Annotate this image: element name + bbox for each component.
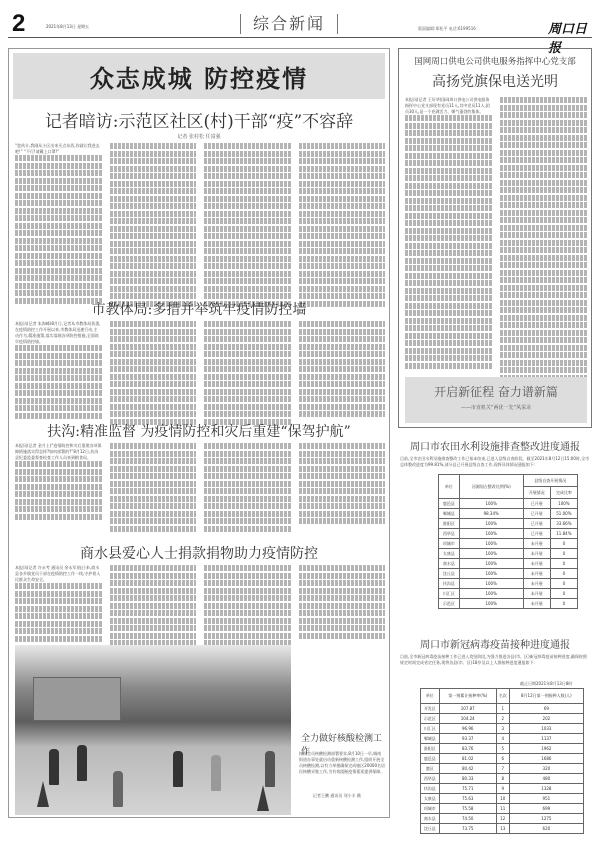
- editor-info: 版面编辑:郑松平 电话:6199516: [418, 26, 476, 32]
- table-cell: 未开展: [523, 559, 550, 569]
- table-row: 淮阳区83.7651962: [421, 744, 584, 754]
- table-cell: 鹿邑县: [439, 499, 460, 509]
- feature-lead: 本报讯(记者 王好华)国网周口供电公司供电服务指挥中心党支部现有党员11人,其中…: [405, 97, 492, 115]
- table-cell: 未开展: [523, 599, 550, 609]
- table-cell: 83.76: [439, 744, 496, 754]
- table-row: 示范区100%未开展0: [439, 599, 578, 609]
- table-cell: 951: [509, 794, 583, 804]
- column-banner-title: 开启新征程 奋力谱新篇: [405, 383, 587, 400]
- table-cell: 未开展: [523, 589, 550, 599]
- table-cell: 未开展: [523, 539, 550, 549]
- table-cell: 沈丘县: [421, 824, 440, 834]
- table-header: 完成比率: [550, 487, 577, 499]
- table-row: 项城市100%未开展0: [439, 539, 578, 549]
- table-header: 单位: [421, 689, 440, 704]
- table-row: 川汇区96.9631033: [421, 724, 584, 734]
- table-cell: 1686: [509, 754, 583, 764]
- photo-person: [173, 751, 183, 787]
- article-column: [110, 565, 197, 648]
- table-row: 淮阳区100%已开展33.66%: [439, 519, 578, 529]
- table-cell: 商水县: [421, 814, 440, 824]
- table-cell: 10: [496, 794, 509, 804]
- table-row: 沈丘县100%未开展0: [439, 569, 578, 579]
- column-banner-subtitle: ——市直机关“两优一先”风采录: [405, 404, 587, 411]
- article-lead: 本报讯(记者 金月士)“疫情防控和灾后重建各项保障措施落实得怎样?如何部署的?”…: [15, 443, 102, 461]
- article-column: 本报讯(记者 朱海峰)8月日,记者从市教体局获悉,在疫情防控工作开展以来,市教体…: [15, 321, 102, 426]
- table-row: 港区80.427320: [421, 764, 584, 774]
- table-cell: 扶沟县: [439, 579, 460, 589]
- table-cell: 1328: [509, 784, 583, 794]
- table-cell: 8: [496, 774, 509, 784]
- table-cell: 11.84%: [550, 529, 577, 539]
- notice-body: 目前,全市农田水利设施排查整改工作已基本结束,已进入县级自查阶段。截至2021年…: [400, 456, 590, 468]
- table-cell: 75.63: [439, 794, 496, 804]
- table-cell: 0: [550, 539, 577, 549]
- table-cell: 100%: [459, 549, 523, 559]
- table-cell: 80.42: [439, 764, 496, 774]
- table-header: 河湖划占整改比例(%): [459, 475, 523, 499]
- table-cell: 75.71: [439, 784, 496, 794]
- table-cell: 100%: [459, 519, 523, 529]
- column-banner: 开启新征程 奋力谱新篇 ——市直机关“两优一先”风采录: [405, 377, 587, 423]
- photo-tent: [33, 677, 121, 721]
- table-cell: 已开展: [523, 509, 550, 519]
- article-column: 本报讯(记者 金月士)“疫情防控和灾后重建各项保障措施落实得怎样?如何部署的?”…: [15, 443, 102, 533]
- feature-body: 本报讯(记者 王好华)国网周口供电公司供电服务指挥中心党支部现有党员11人,其中…: [405, 97, 587, 396]
- photo-person: [49, 749, 59, 785]
- article-headline[interactable]: 记者暗访:示范区社区(村)干部“疫”不容辞: [9, 107, 389, 132]
- article-column: [110, 443, 197, 533]
- table-cell: 2: [496, 714, 509, 724]
- photo-person: [77, 745, 87, 781]
- table-row: 商水县100%未开展0: [439, 559, 578, 569]
- news-photo: [15, 645, 291, 815]
- table-cell: 100%: [459, 559, 523, 569]
- table-cell: 0: [550, 599, 577, 609]
- table-row: 鹿邑县100%已开展100%: [439, 499, 578, 509]
- table-row: 西华县80.338480: [421, 774, 584, 784]
- table-cell: 1033: [509, 724, 583, 734]
- table-row: 鹿邑县81.0261686: [421, 754, 584, 764]
- photo-person: [211, 755, 221, 791]
- table-cell: 0: [550, 589, 577, 599]
- section-title: 综合新闻: [240, 14, 338, 34]
- table-cell: 98.34%: [459, 509, 523, 519]
- table-cell: 太康县: [421, 794, 440, 804]
- table-cell: 沈丘县: [439, 569, 460, 579]
- table-cell: 13: [496, 824, 509, 834]
- table-cell: 100%: [459, 599, 523, 609]
- table-row: 扶沟县75.7191328: [421, 784, 584, 794]
- article-column: [110, 321, 197, 426]
- article-body: 本报讯(记者 金月士)“疫情防控和灾后重建各项保障措施落实得怎样?如何部署的?”…: [15, 443, 385, 533]
- table-row: 川汇区100%未开展0: [439, 589, 578, 599]
- table-cell: 96.96: [439, 724, 496, 734]
- table-cell: 西华县: [421, 774, 440, 784]
- table-cell: 已开展: [523, 499, 550, 509]
- table-cell: 80.33: [439, 774, 496, 784]
- table-cell: 100%: [459, 589, 523, 599]
- table-cell: 104.24: [439, 714, 496, 724]
- table-cell: 已开展: [523, 519, 550, 529]
- as-of-date: 截止日期2021年8月13日8时: [520, 681, 572, 687]
- table-cell: 川汇区: [439, 589, 460, 599]
- table-header: 单位: [439, 475, 460, 499]
- table-cell: 51.00%: [550, 509, 577, 519]
- article-byline: 记者 张村松 任富强: [9, 133, 389, 140]
- notice-body: 目前,全市新冠病毒疫苗接种工作已进入攻坚阶段,为强力推进各县(市、区)新冠病毒疫…: [400, 654, 590, 666]
- table-cell: 3: [496, 724, 509, 734]
- table-cell: 未开展: [523, 569, 550, 579]
- feature-column: 本报讯(记者 王好华)国网周口供电公司供电服务指挥中心党支部现有党员11人,其中…: [405, 97, 492, 396]
- article-column: [299, 443, 386, 533]
- article-lead: 本报讯(记者 许永考 通讯员 余永军)连日来,商水县各乡镇党员干部在疫情防控工作…: [15, 565, 102, 583]
- issue-date: 2021年8月13日 星期五: [46, 24, 89, 30]
- article-headline[interactable]: 商水县爱心人士捐款捐物助力疫情防控: [9, 543, 389, 563]
- article-column: [204, 143, 291, 308]
- table-cell: 33.66%: [550, 519, 577, 529]
- table-cell: 75.58: [439, 804, 496, 814]
- table-row: 示范区104.242202: [421, 714, 584, 724]
- banner-title: 众志成城 防控疫情: [90, 59, 308, 94]
- table-cell: 100%: [550, 499, 577, 509]
- table-header: 名次: [496, 689, 509, 704]
- table-cell: 93.37: [439, 734, 496, 744]
- table-cell: 1137: [509, 734, 583, 744]
- table-row: 项城市75.5811699: [421, 804, 584, 814]
- table-cell: 郸城县: [421, 734, 440, 744]
- article-lead: 本报讯(记者 朱海峰)8月日,记者从市教体局获悉,在疫情防控工作开展以来,市教体…: [15, 321, 102, 345]
- table-cell: 202: [509, 714, 583, 724]
- table-cell: 川汇区: [421, 724, 440, 734]
- photo-caption-body: 按照全员核酸检测部署要求,8月10日一早,城南街道办事处就启动重新核酸检测工作,…: [299, 751, 385, 775]
- article-headline[interactable]: 市教体局:多措并举筑牢疫情防控墙: [9, 299, 389, 319]
- table-cell: 0: [550, 549, 577, 559]
- article-column: [299, 565, 386, 648]
- table-cell: 320: [509, 764, 583, 774]
- table-row: 扶沟县100%未开展0: [439, 579, 578, 589]
- table-cell: 699: [509, 804, 583, 814]
- main-banner: 众志成城 防控疫情: [13, 53, 385, 99]
- table-cell: 扶沟县: [421, 784, 440, 794]
- table-cell: 0: [550, 569, 577, 579]
- table-cell: 100%: [459, 539, 523, 549]
- table-cell: 淮阳区: [439, 519, 460, 529]
- table-cell: 6: [496, 754, 509, 764]
- article-column: [204, 321, 291, 426]
- article-column: [299, 143, 386, 308]
- masthead: 2 2021年8月13日 星期五 综合新闻 版面编辑:郑松平 电话:619951…: [8, 8, 592, 38]
- table-row: 郸城县93.3741137: [421, 734, 584, 744]
- table-cell: 620: [509, 824, 583, 834]
- main-feature-box: 众志成城 防控疫情 记者暗访:示范区社区(村)干部“疫”不容辞 记者 张村松 任…: [8, 48, 390, 818]
- table-cell: 商水县: [439, 559, 460, 569]
- table-row: 郸城县98.34%已开展51.00%: [439, 509, 578, 519]
- notice-title[interactable]: 周口市农田水利设施排查整改进度通报: [398, 438, 592, 453]
- table-cell: 港区: [421, 764, 440, 774]
- article-column: 本报讯(记者 许永考 通讯员 余永军)连日来,商水县各乡镇党员干部在疫情防控工作…: [15, 565, 102, 648]
- side-feature-box: 国网周口供电公司供电服务指挥中心党支部 高扬党旗保电送光明 本报讯(记者 王好华…: [398, 48, 592, 428]
- table-header: 开展情况: [523, 487, 550, 499]
- feature-headline[interactable]: 高扬党旗保电送光明: [399, 71, 591, 91]
- table-cell: 12: [496, 814, 509, 824]
- table-cell: 74.50: [439, 814, 496, 824]
- table-cell: 0: [550, 579, 577, 589]
- table-cell: 9: [496, 784, 509, 794]
- table-cell: 4: [496, 734, 509, 744]
- article-body: 本报讯(记者 许永考 通讯员 余永军)连日来,商水县各乡镇党员干部在疫情防控工作…: [15, 565, 385, 648]
- vaccination-table: 单位 第一剂累计接种率(%) 名次 8月12日第一剂接种人数(人) 开发区107…: [420, 688, 584, 834]
- table-row: 沈丘县73.7513620: [421, 824, 584, 834]
- table-cell: 开发区: [421, 704, 440, 714]
- table-cell: 西华县: [439, 529, 460, 539]
- photo-person: [265, 751, 275, 787]
- table-cell: 7: [496, 764, 509, 774]
- notice-title[interactable]: 周口市新冠病毒疫苗接种进度通报: [398, 636, 592, 651]
- table-cell: 淮阳区: [421, 744, 440, 754]
- table-cell: 未开展: [523, 549, 550, 559]
- table-cell: 11: [496, 804, 509, 814]
- article-lead: “您伙计,我刚从小区出来买点东西,你就让我进去吧!” “不行!请戴上口罩!”: [15, 143, 102, 155]
- table-row: 太康县100%未开展0: [439, 549, 578, 559]
- table-cell: 100%: [459, 579, 523, 589]
- table-cell: 5: [496, 744, 509, 754]
- table-cell: 项城市: [439, 539, 460, 549]
- table-cell: 100%: [459, 499, 523, 509]
- table-cell: 0: [550, 559, 577, 569]
- table-cell: 已开展: [523, 529, 550, 539]
- photo-person: [113, 771, 123, 807]
- article-column: [299, 321, 386, 426]
- table-cell: 100%: [459, 529, 523, 539]
- table-cell: 1: [496, 704, 509, 714]
- article-headline[interactable]: 扶沟:精准监督 为疫情防控和灾后重建“保驾护航”: [9, 421, 389, 441]
- article-column: “您伙计,我刚从小区出来买点东西,你就让我进去吧!” “不行!请戴上口罩!”: [15, 143, 102, 308]
- article-column: [204, 443, 291, 533]
- article-body: “您伙计,我刚从小区出来买点东西,你就让我进去吧!” “不行!请戴上口罩!”: [15, 143, 385, 308]
- page-number: 2: [12, 10, 25, 38]
- table-cell: 81.02: [439, 754, 496, 764]
- feature-kicker: 国网周口供电公司供电服务指挥中心党支部: [399, 55, 591, 67]
- table-cell: 73.75: [439, 824, 496, 834]
- table-cell: 107.87: [439, 704, 496, 714]
- table-header: 8月12日第一剂接种人数(人): [509, 689, 583, 704]
- table-cell: 未开展: [523, 579, 550, 589]
- table-row: 开发区107.87169: [421, 704, 584, 714]
- table-row: 太康县75.6310951: [421, 794, 584, 804]
- table-cell: 1275: [509, 814, 583, 824]
- irrigation-table: 单位 河湖划占整改比例(%) 县级自查开展情况 开展情况 完成比率 鹿邑县100…: [438, 474, 578, 609]
- article-body: 本报讯(记者 朱海峰)8月日,记者从市教体局获悉,在疫情防控工作开展以来,市教体…: [15, 321, 385, 426]
- table-cell: 100%: [459, 569, 523, 579]
- table-cell: 480: [509, 774, 583, 784]
- table-cell: 郸城县: [439, 509, 460, 519]
- traffic-cone: [37, 781, 49, 807]
- feature-column: ⑫: [500, 97, 587, 396]
- traffic-cone: [257, 785, 269, 811]
- table-header: 第一剂累计接种率(%): [439, 689, 496, 704]
- table-cell: 太康县: [439, 549, 460, 559]
- table-row: 西华县100%已开展11.84%: [439, 529, 578, 539]
- table-cell: 示范区: [439, 599, 460, 609]
- table-cell: 1962: [509, 744, 583, 754]
- table-cell: 69: [509, 704, 583, 714]
- article-column: [204, 565, 291, 648]
- table-header: 县级自查开展情况: [523, 475, 577, 487]
- table-cell: 项城市: [421, 804, 440, 814]
- article-column: [110, 143, 197, 308]
- table-cell: 鹿邑县: [421, 754, 440, 764]
- photo-credit: 记者王鹏 通讯员 刘小丰 摄: [313, 793, 361, 799]
- table-cell: 示范区: [421, 714, 440, 724]
- table-row: 商水县74.50121275: [421, 814, 584, 824]
